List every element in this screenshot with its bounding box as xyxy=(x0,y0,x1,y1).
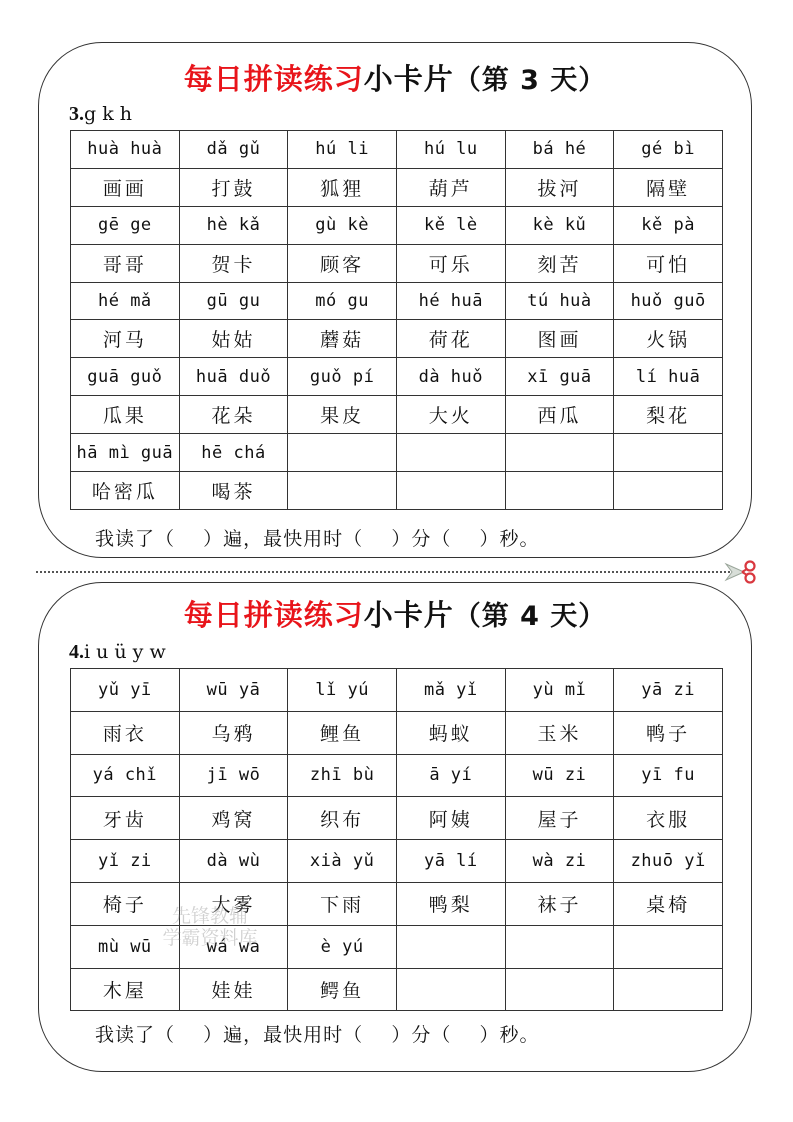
pinyin-cell: è yú xyxy=(288,925,397,968)
hanzi-cell xyxy=(505,968,614,1011)
hanzi-cell xyxy=(505,472,614,510)
pinyin-cell xyxy=(288,434,397,472)
pinyin-cell: huǒ guō xyxy=(614,282,723,320)
hanzi-cell: 可乐 xyxy=(396,244,505,282)
hanzi-cell xyxy=(396,472,505,510)
hanzi-cell: 娃娃 xyxy=(179,968,288,1011)
hanzi-cell: 袜子 xyxy=(505,882,614,925)
hanzi-cell: 姑姑 xyxy=(179,320,288,358)
pinyin-cell: hú lu xyxy=(396,131,505,169)
pinyin-cell: gé bì xyxy=(614,131,723,169)
pinyin-row: yǔ yīwū yālǐ yúmǎ yǐyù mǐyā zi xyxy=(71,669,723,712)
pinyin-cell xyxy=(614,434,723,472)
pinyin-cell: yù mǐ xyxy=(505,669,614,712)
hanzi-cell: 阿姨 xyxy=(396,797,505,840)
pinyin-cell: dà huǒ xyxy=(396,358,505,396)
hanzi-cell: 蘑菇 xyxy=(288,320,397,358)
section-number: 3. xyxy=(69,103,84,125)
hanzi-cell: 图画 xyxy=(505,320,614,358)
pinyin-cell: dǎ gǔ xyxy=(179,131,288,169)
pinyin-cell: kě lè xyxy=(396,206,505,244)
hanzi-cell: 蚂蚁 xyxy=(396,711,505,754)
title-black-part: 小卡片 xyxy=(364,62,454,96)
hanzi-row: 哈密瓜喝茶 xyxy=(71,472,723,510)
pinyin-row: hā mì guāhē chá xyxy=(71,434,723,472)
hanzi-cell: 桌椅 xyxy=(614,882,723,925)
reading-record: 我读了（ ）遍，最快用时（ ）分（ ）秒。 xyxy=(95,1020,539,1047)
hanzi-cell: 鳄鱼 xyxy=(288,968,397,1011)
hanzi-cell: 雨衣 xyxy=(71,711,180,754)
pinyin-cell: xià yǔ xyxy=(288,840,397,883)
hanzi-cell: 牙齿 xyxy=(71,797,180,840)
section-heading: 4.i u ü y w xyxy=(69,641,166,664)
hanzi-row: 瓜果花朵果皮大火西瓜梨花 xyxy=(71,396,723,434)
section-letters: g k h xyxy=(84,103,132,125)
hanzi-cell: 葫芦 xyxy=(396,168,505,206)
hanzi-cell: 花朵 xyxy=(179,396,288,434)
pinyin-cell: wá wa xyxy=(179,925,288,968)
hanzi-cell: 椅子 xyxy=(71,882,180,925)
pinyin-cell xyxy=(396,434,505,472)
scissors-icon xyxy=(724,560,760,584)
word-grid: yǔ yīwū yālǐ yúmǎ yǐyù mǐyā zi雨衣乌鸦鲤鱼蚂蚁玉米… xyxy=(70,668,723,1011)
word-grid: huà huàdǎ gǔhú lihú lubá hégé bì画画打鼓狐狸葫芦… xyxy=(70,130,723,510)
hanzi-row: 哥哥贺卡顾客可乐刻苦可怕 xyxy=(71,244,723,282)
hanzi-cell: 可怕 xyxy=(614,244,723,282)
card-title: 每日拼读练习小卡片（第 3 天） xyxy=(39,57,751,98)
pinyin-cell: hú li xyxy=(288,131,397,169)
hanzi-cell xyxy=(288,472,397,510)
hanzi-cell: 下雨 xyxy=(288,882,397,925)
pinyin-cell: lí huā xyxy=(614,358,723,396)
hanzi-cell: 屋子 xyxy=(505,797,614,840)
hanzi-cell xyxy=(614,968,723,1011)
pinyin-cell: hé huā xyxy=(396,282,505,320)
hanzi-row: 河马姑姑蘑菇荷花图画火锅 xyxy=(71,320,723,358)
pinyin-cell xyxy=(505,925,614,968)
pinyin-cell: huà huà xyxy=(71,131,180,169)
hanzi-cell: 织布 xyxy=(288,797,397,840)
hanzi-cell: 木屋 xyxy=(71,968,180,1011)
hanzi-cell: 西瓜 xyxy=(505,396,614,434)
pinyin-cell: zhuō yǐ xyxy=(614,840,723,883)
hanzi-row: 椅子大雾下雨鸭梨袜子桌椅 xyxy=(71,882,723,925)
pinyin-cell: wà zi xyxy=(505,840,614,883)
hanzi-cell xyxy=(396,968,505,1011)
hanzi-cell: 隔壁 xyxy=(614,168,723,206)
pinyin-row: mù wūwá waè yú xyxy=(71,925,723,968)
pinyin-cell: zhī bù xyxy=(288,754,397,797)
pinyin-cell: mù wū xyxy=(71,925,180,968)
hanzi-cell: 哈密瓜 xyxy=(71,472,180,510)
pinyin-row: gē gehè kǎgù kèkě lèkè kǔkě pà xyxy=(71,206,723,244)
hanzi-cell: 喝茶 xyxy=(179,472,288,510)
hanzi-cell: 大火 xyxy=(396,396,505,434)
pinyin-cell: guā guǒ xyxy=(71,358,180,396)
pinyin-cell: yǐ zi xyxy=(71,840,180,883)
hanzi-cell: 瓜果 xyxy=(71,396,180,434)
reading-record: 我读了（ ）遍，最快用时（ ）分（ ）秒。 xyxy=(95,524,539,551)
title-red-part: 每日拼读练习 xyxy=(184,62,364,96)
pinyin-cell: yā lí xyxy=(396,840,505,883)
hanzi-cell: 大雾 xyxy=(179,882,288,925)
pinyin-cell xyxy=(396,925,505,968)
pinyin-cell: yǔ yī xyxy=(71,669,180,712)
pinyin-cell: hé mǎ xyxy=(71,282,180,320)
pinyin-cell: mó gu xyxy=(288,282,397,320)
hanzi-cell: 衣服 xyxy=(614,797,723,840)
pinyin-cell: wū yā xyxy=(179,669,288,712)
pinyin-row: huà huàdǎ gǔhú lihú lubá hégé bì xyxy=(71,131,723,169)
hanzi-cell: 刻苦 xyxy=(505,244,614,282)
pinyin-cell: hè kǎ xyxy=(179,206,288,244)
hanzi-cell: 火锅 xyxy=(614,320,723,358)
pinyin-cell: gù kè xyxy=(288,206,397,244)
hanzi-cell: 拔河 xyxy=(505,168,614,206)
hanzi-cell: 狐狸 xyxy=(288,168,397,206)
card-title: 每日拼读练习小卡片（第 4 天） xyxy=(39,593,751,634)
hanzi-cell: 河马 xyxy=(71,320,180,358)
hanzi-cell: 贺卡 xyxy=(179,244,288,282)
hanzi-row: 雨衣乌鸦鲤鱼蚂蚁玉米鸭子 xyxy=(71,711,723,754)
pinyin-cell: lǐ yú xyxy=(288,669,397,712)
practice-card-day-3: 每日拼读练习小卡片（第 3 天） 3.g k h huà huàdǎ gǔhú … xyxy=(38,42,752,558)
pinyin-cell: xī guā xyxy=(505,358,614,396)
pinyin-cell: mǎ yǐ xyxy=(396,669,505,712)
hanzi-cell: 打鼓 xyxy=(179,168,288,206)
pinyin-cell: hē chá xyxy=(179,434,288,472)
title-day: （第 3 天） xyxy=(454,65,607,96)
hanzi-cell: 乌鸦 xyxy=(179,711,288,754)
practice-card-day-4: 每日拼读练习小卡片（第 4 天） 4.i u ü y w yǔ yīwū yāl… xyxy=(38,582,752,1072)
pinyin-cell: huā duǒ xyxy=(179,358,288,396)
pinyin-cell: yá chǐ xyxy=(71,754,180,797)
hanzi-cell: 鲤鱼 xyxy=(288,711,397,754)
pinyin-cell xyxy=(614,925,723,968)
pinyin-cell: guǒ pí xyxy=(288,358,397,396)
pinyin-cell: yī fu xyxy=(614,754,723,797)
title-day: （第 4 天） xyxy=(454,601,607,632)
pinyin-cell: gū gu xyxy=(179,282,288,320)
hanzi-cell: 鸭子 xyxy=(614,711,723,754)
pinyin-cell: yā zi xyxy=(614,669,723,712)
hanzi-cell: 果皮 xyxy=(288,396,397,434)
pinyin-cell: kě pà xyxy=(614,206,723,244)
pinyin-row: hé mǎgū gumó guhé huātú huàhuǒ guō xyxy=(71,282,723,320)
hanzi-cell: 鸡窝 xyxy=(179,797,288,840)
pinyin-row: yǐ zidà wùxià yǔyā líwà zizhuō yǐ xyxy=(71,840,723,883)
pinyin-cell: dà wù xyxy=(179,840,288,883)
hanzi-cell: 玉米 xyxy=(505,711,614,754)
pinyin-cell: ā yí xyxy=(396,754,505,797)
pinyin-cell: hā mì guā xyxy=(71,434,180,472)
pinyin-cell: kè kǔ xyxy=(505,206,614,244)
hanzi-cell: 画画 xyxy=(71,168,180,206)
pinyin-cell: wū zi xyxy=(505,754,614,797)
section-heading: 3.g k h xyxy=(69,103,132,126)
pinyin-cell: tú huà xyxy=(505,282,614,320)
pinyin-cell: jī wō xyxy=(179,754,288,797)
hanzi-cell xyxy=(614,472,723,510)
title-red-part: 每日拼读练习 xyxy=(184,598,364,632)
hanzi-cell: 顾客 xyxy=(288,244,397,282)
hanzi-row: 牙齿鸡窝织布阿姨屋子衣服 xyxy=(71,797,723,840)
section-letters: i u ü y w xyxy=(84,641,166,663)
hanzi-row: 木屋娃娃鳄鱼 xyxy=(71,968,723,1011)
pinyin-cell xyxy=(505,434,614,472)
pinyin-row: guā guǒhuā duǒguǒ pídà huǒxī guālí huā xyxy=(71,358,723,396)
title-black-part: 小卡片 xyxy=(364,598,454,632)
hanzi-cell: 梨花 xyxy=(614,396,723,434)
cut-line xyxy=(36,571,730,573)
pinyin-cell: gē ge xyxy=(71,206,180,244)
hanzi-cell: 荷花 xyxy=(396,320,505,358)
hanzi-cell: 哥哥 xyxy=(71,244,180,282)
pinyin-row: yá chǐjī wōzhī bùā yíwū ziyī fu xyxy=(71,754,723,797)
hanzi-row: 画画打鼓狐狸葫芦拔河隔壁 xyxy=(71,168,723,206)
hanzi-cell: 鸭梨 xyxy=(396,882,505,925)
pinyin-cell: bá hé xyxy=(505,131,614,169)
section-number: 4. xyxy=(69,641,84,663)
